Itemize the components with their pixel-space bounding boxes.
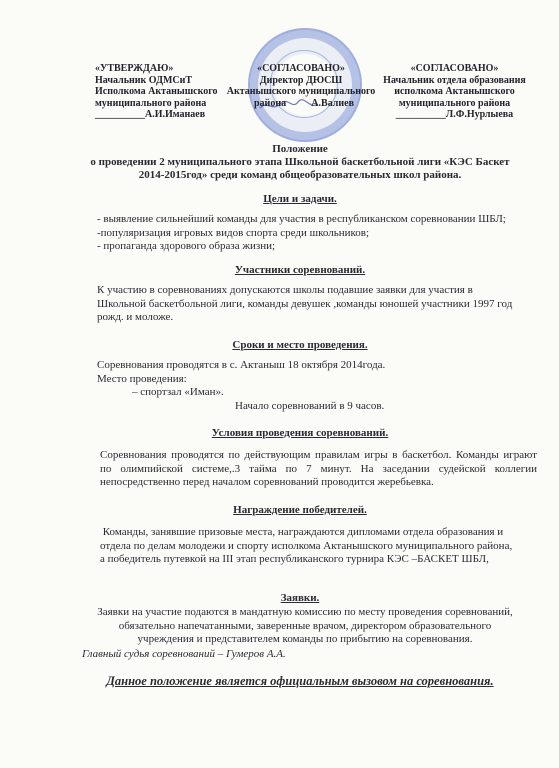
- paragraph-line: Соревнования проводятся в с. Актаныш 18 …: [97, 359, 537, 373]
- approval-left-signature: __________А.И.Иманаев: [95, 109, 218, 121]
- approval-middle-line: «СОГЛАСОВАНО»: [226, 63, 376, 75]
- approval-left-line: Начальник ОДМСиТ: [95, 75, 218, 87]
- approval-middle: «СОГЛАСОВАНО» Директор ДЮСШ Актанышского…: [226, 63, 376, 110]
- section-dates-place-text: Соревнования проводятся в с. Актаныш 18 …: [97, 359, 537, 413]
- approval-middle-line: Актанышского муниципального: [226, 86, 376, 98]
- paragraph-line: по олимпийской системе,.3 тайма по 7 мин…: [100, 463, 537, 477]
- section-heading-dates-place: Сроки и место проведения.: [60, 339, 540, 351]
- approval-right-line: муниципального района: [372, 98, 537, 110]
- paragraph-line: рожд. и моложе.: [97, 311, 537, 325]
- paragraph-line: отдела по делам молодежи и спорту исполк…: [100, 540, 540, 554]
- document-title-block: Положение о проведении 2 муниципального …: [60, 143, 540, 182]
- section-conditions-text: Соревнования проводятся по действующим п…: [100, 449, 537, 490]
- approval-right: «СОГЛАСОВАНО» Начальник отдела образован…: [372, 63, 537, 121]
- paragraph-line: учреждения и представителем команды по п…: [80, 633, 530, 647]
- section-heading-participants: Участники соревнований.: [60, 264, 540, 276]
- section-heading-applications: Заявки.: [60, 592, 540, 604]
- approval-right-line: исполкома Актанышского: [372, 86, 537, 98]
- section-awards-text: Команды, занявшие призовые места, награж…: [100, 526, 540, 567]
- section-participants-text: К участию в соревнованиях допускаются шк…: [97, 284, 537, 325]
- paragraph-line: обязательно напечатанными, заверенные вр…: [80, 620, 530, 634]
- section-heading-goals: Цели и задачи.: [60, 193, 540, 205]
- list-item: - выявление сильнейший команды для участ…: [97, 213, 537, 227]
- approval-left-line: муниципального района: [95, 98, 218, 110]
- paragraph-line: Заявки на участие подаются в мандатную к…: [80, 606, 530, 620]
- approval-left-line: «УТВЕРЖДАЮ»: [95, 63, 218, 75]
- paragraph-line: непосредственно перед началом соревнован…: [100, 476, 537, 490]
- approval-right-line: «СОГЛАСОВАНО»: [372, 63, 537, 75]
- final-note: Данное положение является официальным вы…: [60, 674, 540, 689]
- paragraph-line: Соревнования проводятся по действующим п…: [100, 449, 537, 463]
- section-heading-awards: Награждение победителей.: [60, 504, 540, 516]
- section-goals-list: - выявление сильнейший команды для участ…: [97, 213, 537, 254]
- paragraph-line: Школьной баскетбольной лиги, команды дев…: [97, 298, 537, 312]
- approval-right-signature: __________Л.Ф.Нурлыева: [372, 109, 537, 121]
- approval-left: «УТВЕРЖДАЮ» Начальник ОДМСиТ Исполкома А…: [95, 63, 218, 121]
- approval-middle-line: Директор ДЮСШ: [226, 75, 376, 87]
- document-subtitle-line: о проведении 2 муниципального этапа Школ…: [60, 156, 540, 169]
- section-heading-conditions: Условия проведения соревнований.: [60, 427, 540, 439]
- chief-judge: Главный судья соревнований – Гумеров А.А…: [82, 648, 286, 660]
- list-item: -популяризация игровых видов спорта сред…: [97, 227, 537, 241]
- paragraph-line: Команды, занявшие призовые места, награж…: [100, 526, 540, 540]
- document-subtitle-line: 2014-2015год» среди команд общеобразоват…: [60, 169, 540, 182]
- list-item: - пропаганда здорового образа жизни;: [97, 240, 537, 254]
- paragraph-line: а победитель путевкой на III этап респуб…: [100, 553, 540, 567]
- document-title: Положение: [60, 143, 540, 156]
- approval-left-line: Исполкома Актанышского: [95, 86, 218, 98]
- paragraph-line: Начало соревнований в 9 часов.: [97, 400, 537, 414]
- approval-right-line: Начальник отдела образования: [372, 75, 537, 87]
- approval-middle-signature: А.Валиев: [226, 98, 376, 110]
- paragraph-line: К участию в соревнованиях допускаются шк…: [97, 284, 537, 298]
- section-applications-text: Заявки на участие подаются в мандатную к…: [80, 606, 530, 647]
- paragraph-line: – спортзал «Иман».: [97, 386, 537, 400]
- paragraph-line: Место проведения:: [97, 373, 537, 387]
